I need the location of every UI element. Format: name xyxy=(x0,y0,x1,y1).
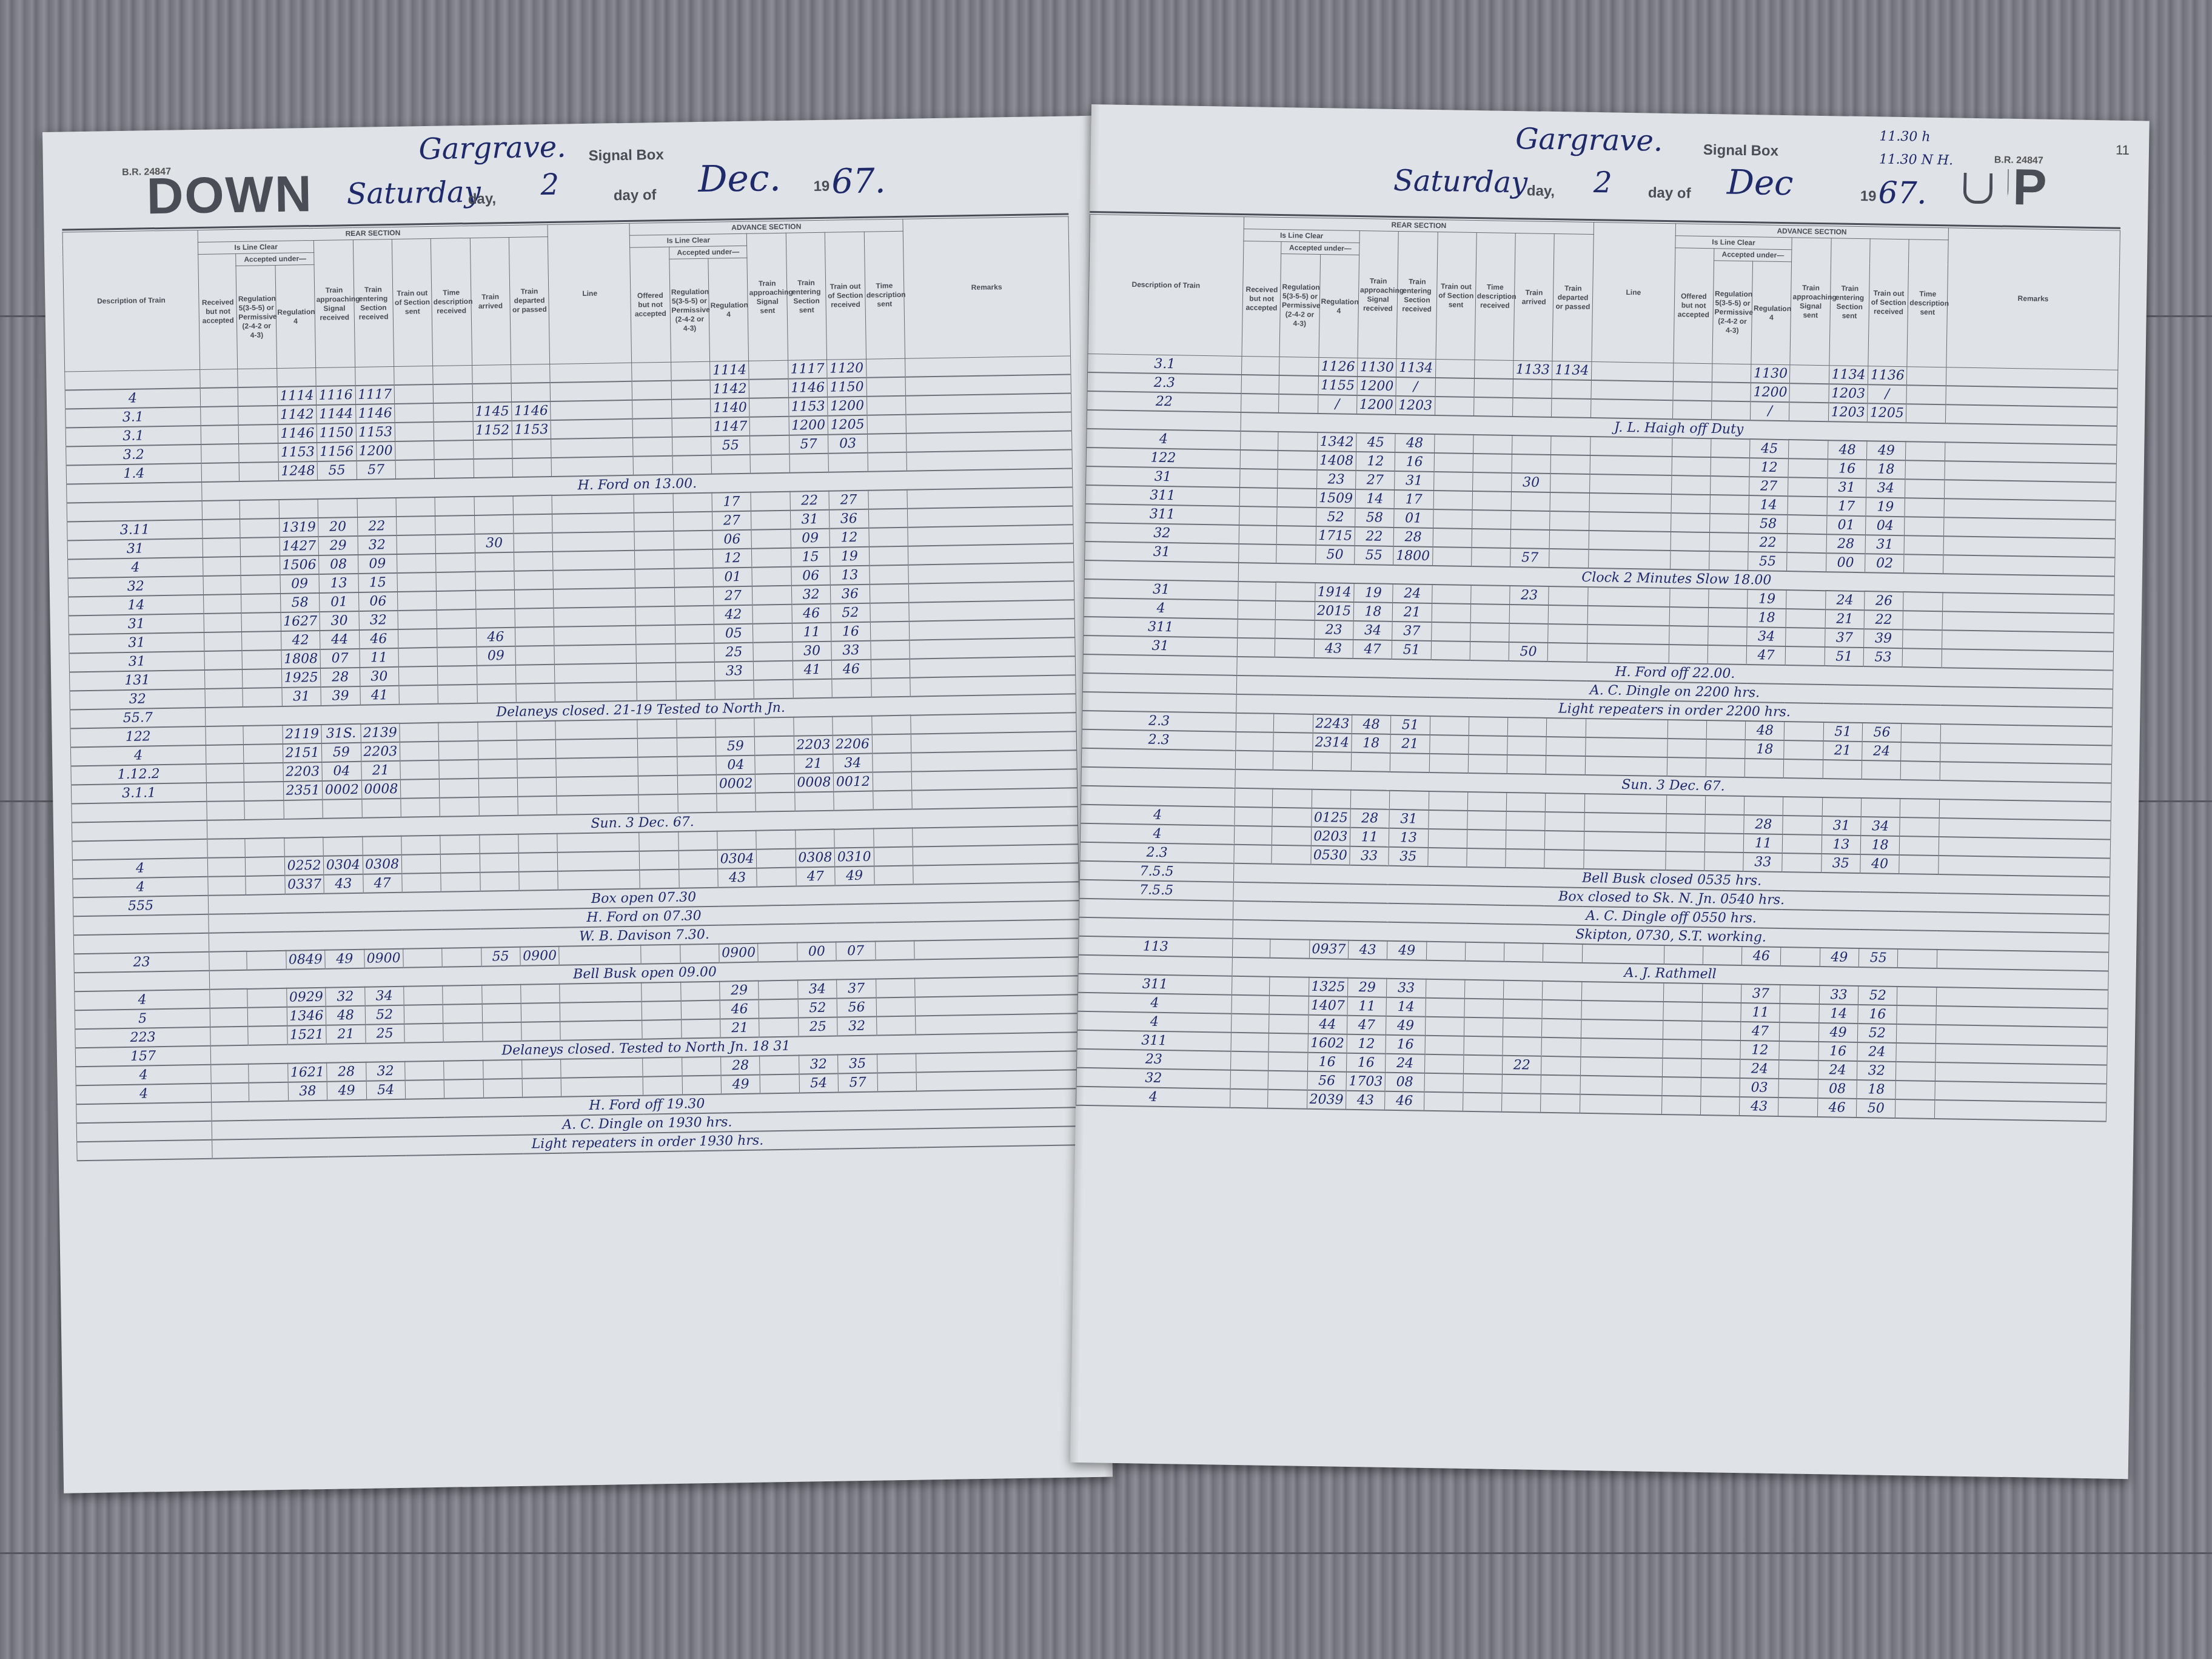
day-number: 2 xyxy=(1594,166,1612,199)
advance-entering-cell: 49 xyxy=(1820,948,1859,967)
train-out-cell xyxy=(1433,528,1472,548)
advance-out-cell: 37 xyxy=(837,979,876,999)
remarks-cell xyxy=(1942,630,2114,651)
advance-approaching-cell xyxy=(1788,534,1827,553)
advance-time-description-cell xyxy=(870,622,910,641)
line-cell xyxy=(1588,549,1670,569)
train-out-cell xyxy=(1428,829,1467,848)
received-not-accepted-cell xyxy=(1231,1033,1269,1052)
line-cell xyxy=(1582,944,1664,964)
regulation-4-cell: 0530 xyxy=(1310,846,1350,865)
train-approaching-cell: 45 xyxy=(1356,433,1395,452)
advance-regulation-5-cell xyxy=(682,1057,721,1076)
train-out-cell xyxy=(1433,509,1472,529)
train-entering-cell: 30 xyxy=(360,667,399,686)
advance-regulation-4-cell: 28 xyxy=(1744,815,1783,834)
train-departed-cell: 1134 xyxy=(1552,361,1592,380)
advance-entering-cell: 33 xyxy=(1819,985,1858,1005)
train-approaching-cell: 13 xyxy=(319,574,358,593)
offered-not-accepted-cell xyxy=(1667,739,1706,758)
advance-out-cell: 0012 xyxy=(833,773,873,792)
received-not-accepted-cell xyxy=(207,801,245,820)
line-cell xyxy=(550,363,632,383)
line-cell xyxy=(1589,512,1671,532)
col-train-out-sent: Train out of Section sent xyxy=(392,238,433,366)
col-train-approaching-sent: Train approaching Signal sent xyxy=(1790,238,1831,366)
regulation-5-cell xyxy=(1275,638,1315,658)
train-departed-cell xyxy=(514,571,554,590)
train-departed-cell xyxy=(515,608,554,628)
remarks-cell xyxy=(916,1051,1082,1072)
remarks-cell xyxy=(905,393,1071,414)
train-arrived-cell xyxy=(476,609,515,628)
train-entering-cell: 24 xyxy=(1393,584,1432,603)
line-cell xyxy=(1584,831,1666,851)
remarks-cell xyxy=(905,374,1071,395)
line-cell xyxy=(556,739,638,759)
advance-approaching-cell xyxy=(1790,365,1829,384)
advance-regulation-4-cell: 33 xyxy=(714,662,754,681)
col-received-not-accepted: Received but not accepted xyxy=(198,254,238,370)
description-cell: 311 xyxy=(1084,617,1238,638)
regulation-5-cell xyxy=(1276,526,1316,545)
time-description-cell xyxy=(435,497,474,516)
train-out-cell xyxy=(1435,397,1474,416)
offered-not-accepted-cell xyxy=(634,494,673,513)
description-cell xyxy=(1082,692,1237,713)
line-cell xyxy=(1587,587,1669,607)
description-cell xyxy=(1081,767,1236,788)
advance-out-cell: 22 xyxy=(1864,610,1903,629)
description-cell xyxy=(65,369,201,390)
regulation-5-cell xyxy=(239,443,278,463)
received-not-accepted-cell xyxy=(1239,488,1278,507)
description-cell xyxy=(76,1102,212,1124)
advance-out-cell xyxy=(834,791,873,811)
regulation-4-cell: 23 xyxy=(1316,470,1356,489)
advance-regulation-5-cell xyxy=(1701,1059,1740,1078)
description-cell: 4 xyxy=(65,388,201,409)
description-cell: 4 xyxy=(1081,805,1235,826)
train-departed-cell xyxy=(521,1022,561,1041)
train-register-table: Description of Train REAR SECTION Line A… xyxy=(62,216,1084,1161)
advance-entering-cell: 51 xyxy=(1823,722,1863,742)
train-departed-cell xyxy=(518,853,558,872)
advance-time-description-cell xyxy=(868,528,908,547)
advance-regulation-4-cell: 1140 xyxy=(711,398,750,418)
description-cell xyxy=(1082,673,1237,694)
time-description-cell xyxy=(1464,980,1504,999)
description-cell: 4 xyxy=(72,858,208,879)
advance-regulation-4-cell: 43 xyxy=(1740,1097,1779,1116)
train-departed-cell xyxy=(515,665,555,684)
train-entering-cell: 1117 xyxy=(355,385,395,404)
regulation-5-cell xyxy=(1276,582,1315,602)
train-approaching-cell xyxy=(1351,752,1390,772)
time-description-cell xyxy=(437,647,477,666)
day-of-label: day of xyxy=(1648,184,1691,202)
advance-approaching-cell xyxy=(1780,1022,1819,1042)
advance-time-description-cell xyxy=(875,941,914,960)
train-approaching-cell: 01 xyxy=(320,592,359,612)
train-out-cell xyxy=(398,648,438,667)
advance-approaching-cell xyxy=(1788,477,1828,497)
received-not-accepted-cell xyxy=(1239,506,1278,526)
offered-not-accepted-cell xyxy=(1666,795,1706,814)
train-out-cell xyxy=(1424,1054,1464,1074)
offered-not-accepted-cell xyxy=(1663,1021,1702,1040)
advance-time-description-cell xyxy=(866,377,906,397)
advance-out-cell xyxy=(828,453,868,472)
train-departed-cell xyxy=(515,627,554,646)
time-description-cell xyxy=(440,779,479,798)
description-cell: 311 xyxy=(1085,485,1240,506)
received-not-accepted-cell xyxy=(1239,544,1277,563)
line-cell xyxy=(551,419,632,439)
line-cell xyxy=(1591,380,1673,400)
train-approaching-cell: 04 xyxy=(322,762,361,781)
train-arrived-cell xyxy=(1513,379,1552,398)
advance-out-cell: 57 xyxy=(838,1073,877,1093)
regulation-4-cell: 1427 xyxy=(280,537,319,556)
train-out-cell xyxy=(1434,453,1473,472)
line-cell xyxy=(1587,625,1669,645)
received-not-accepted-cell xyxy=(1235,788,1273,808)
direction-title: UUP xyxy=(1963,157,2048,217)
advance-regulation-4-cell: 48 xyxy=(1745,721,1785,740)
col-regulation-5: Regulation 5(3-5-5) or Permissive (2-4-2… xyxy=(1279,253,1320,357)
advance-regulation-5-cell xyxy=(681,1000,720,1020)
col-train-entering-sent: Train entering Section sent xyxy=(786,232,827,360)
remarks-cell xyxy=(1939,837,2111,858)
advance-approaching-cell xyxy=(756,793,795,812)
regulation-4-cell: 1155 xyxy=(1318,376,1358,395)
description-cell: 4 xyxy=(1078,1011,1232,1033)
advance-entering-cell: 1117 xyxy=(788,360,827,379)
advance-regulation-5-cell xyxy=(677,775,717,794)
train-approaching-cell: 11 xyxy=(1350,828,1389,847)
train-approaching-cell: 29 xyxy=(318,536,358,555)
train-out-cell xyxy=(1431,641,1470,660)
train-approaching-cell xyxy=(1350,790,1390,809)
line-cell xyxy=(1580,1094,1661,1114)
train-entering-cell: 46 xyxy=(1385,1091,1424,1111)
received-not-accepted-cell xyxy=(200,369,238,387)
time-description-cell xyxy=(443,1004,482,1024)
time-description-cell xyxy=(1467,848,1506,868)
train-arrived-cell xyxy=(482,1022,521,1042)
regulation-4-cell: 1319 xyxy=(279,518,318,537)
received-not-accepted-cell xyxy=(1241,394,1279,413)
description-cell: 31 xyxy=(1086,466,1241,488)
advance-out-cell: 32 xyxy=(837,1017,877,1036)
offered-not-accepted-cell xyxy=(1669,626,1708,645)
day-of-label: day of xyxy=(614,187,657,204)
train-departed-cell xyxy=(1549,530,1589,549)
advance-approaching-cell xyxy=(750,454,789,474)
time-description-cell xyxy=(1467,811,1507,830)
train-departed-cell xyxy=(1552,398,1591,418)
train-out-cell xyxy=(1424,1036,1464,1055)
remarks-cell xyxy=(905,356,1071,377)
advance-approaching-cell xyxy=(760,1074,800,1094)
train-approaching-cell: 39 xyxy=(321,686,360,706)
time-description-cell xyxy=(436,572,475,591)
advance-approaching-cell xyxy=(1789,440,1828,459)
advance-out-cell: 13 xyxy=(830,566,870,585)
advance-time-description-cell xyxy=(867,434,907,453)
advance-out-cell: 1200 xyxy=(828,397,867,416)
description-cell: 131 xyxy=(69,670,205,691)
advance-entering-cell: 49 xyxy=(1818,1023,1858,1042)
time-description-cell xyxy=(1468,754,1507,774)
advance-regulation-5-cell xyxy=(1700,1096,1740,1116)
train-entering-cell: 22 xyxy=(357,517,397,536)
regulation-5-cell xyxy=(244,763,283,782)
advance-time-description-cell xyxy=(872,734,911,754)
offered-not-accepted-cell xyxy=(1662,1058,1701,1078)
train-approaching-cell: 21 xyxy=(326,1025,366,1044)
description-cell: 55.7 xyxy=(70,708,206,729)
train-out-cell xyxy=(1432,547,1472,566)
train-arrived-cell xyxy=(475,571,515,591)
advance-regulation-4-cell: 28 xyxy=(721,1056,760,1076)
col-train-out-received: Train out of Section received xyxy=(825,232,866,360)
advance-regulation-5-cell xyxy=(677,756,717,776)
description-cell: 3.1 xyxy=(65,426,201,447)
advance-regulation-5-cell xyxy=(672,455,712,475)
train-entering-cell: 1153 xyxy=(356,423,395,442)
received-not-accepted-cell xyxy=(1241,375,1279,394)
time-description-cell xyxy=(1474,378,1513,398)
advance-entering-cell xyxy=(1823,760,1862,779)
regulation-4-cell: 50 xyxy=(1315,545,1355,565)
advance-regulation-4-cell: 43 xyxy=(718,868,757,888)
advance-entering-cell xyxy=(793,679,833,699)
train-out-cell xyxy=(1427,848,1467,867)
advance-regulation-5-cell xyxy=(672,418,711,437)
advance-regulation-5-cell xyxy=(679,850,718,870)
received-not-accepted-cell xyxy=(210,1008,248,1027)
train-entering-cell: 52 xyxy=(365,1005,404,1025)
train-out-cell xyxy=(397,591,437,611)
col-train-out-sent: Train out of Section sent xyxy=(1435,232,1476,360)
description-cell: 22 xyxy=(1087,391,1242,412)
advance-time-description-cell xyxy=(1904,554,1943,574)
train-arrived-cell xyxy=(475,552,514,572)
advance-entering-cell: 00 xyxy=(797,942,836,962)
regulation-4-cell: 42 xyxy=(281,631,320,650)
train-arrived-cell xyxy=(1507,755,1546,774)
advance-out-cell: 34 xyxy=(1866,478,1906,498)
advance-time-description-cell xyxy=(1895,1081,1935,1100)
train-approaching-cell: 44 xyxy=(320,630,360,649)
train-departed-cell xyxy=(512,458,552,477)
description-cell: 4 xyxy=(1078,993,1232,1014)
offered-not-accepted-cell xyxy=(1663,1002,1702,1021)
train-out-cell xyxy=(397,535,436,554)
regulation-4-cell: 0203 xyxy=(1311,827,1350,846)
train-departed-cell xyxy=(1551,436,1590,455)
advance-approaching-cell xyxy=(1780,985,1820,1004)
advance-regulation-5-cell xyxy=(671,380,711,400)
offered-not-accepted-cell xyxy=(638,757,677,776)
advance-regulation-5-cell xyxy=(1709,551,1748,571)
regulation-5-cell xyxy=(1272,826,1312,846)
received-not-accepted-cell xyxy=(1238,600,1276,620)
advance-time-description-cell xyxy=(1896,1043,1935,1062)
advance-regulation-5-cell xyxy=(679,869,718,888)
train-approaching-cell: 34 xyxy=(1353,621,1393,640)
offered-not-accepted-cell xyxy=(635,606,675,626)
offered-not-accepted-cell xyxy=(635,550,674,569)
train-arrived-cell xyxy=(1507,736,1547,756)
line-cell xyxy=(1584,794,1666,814)
train-departed-cell xyxy=(511,364,551,383)
offered-not-accepted-cell xyxy=(634,531,674,551)
train-out-cell xyxy=(401,854,441,874)
train-out-cell xyxy=(398,629,437,648)
offered-not-accepted-cell xyxy=(632,381,671,400)
advance-regulation-5-cell xyxy=(1712,364,1751,383)
advance-time-description-cell xyxy=(1904,535,1943,555)
line-cell xyxy=(555,682,637,702)
time-description-cell xyxy=(436,553,475,572)
regulation-4-cell: 2119 xyxy=(283,725,322,744)
corner-note: 11.30 h xyxy=(1879,129,1931,144)
advance-time-description-cell xyxy=(867,415,907,434)
col-train-entering-received: Train entering Section received xyxy=(1396,231,1438,359)
time-description-cell xyxy=(1470,585,1510,605)
offered-not-accepted-cell xyxy=(1670,551,1709,570)
offered-not-accepted-cell xyxy=(1664,945,1703,965)
train-approaching-cell: 0304 xyxy=(323,856,363,875)
advance-time-description-cell xyxy=(1900,799,1940,818)
train-entering-cell xyxy=(361,799,401,818)
train-approaching-cell: 07 xyxy=(320,649,360,668)
time-description-cell xyxy=(1470,642,1509,661)
received-not-accepted-cell xyxy=(1234,826,1272,845)
advance-approaching-cell xyxy=(1786,590,1826,609)
advance-time-description-cell xyxy=(1905,479,1945,498)
remarks-cell xyxy=(1940,743,2112,764)
advance-regulation-4-cell: 29 xyxy=(720,981,759,1000)
advance-out-cell: 36 xyxy=(831,585,870,604)
regulation-5-cell xyxy=(238,387,278,406)
train-arrived-cell xyxy=(479,834,518,854)
train-departed-cell xyxy=(1549,605,1588,625)
train-entering-cell: 13 xyxy=(1389,828,1429,848)
advance-out-cell: 56 xyxy=(1862,723,1902,742)
col-offered-not-accepted: Offered but not accepted xyxy=(1674,248,1714,364)
advance-out-cell: 19 xyxy=(830,547,870,566)
train-entering-cell: 14 xyxy=(1386,997,1426,1017)
day-name: Saturday xyxy=(1393,164,1528,199)
train-entering-cell: 16 xyxy=(1395,452,1434,472)
description-cell xyxy=(76,1121,212,1142)
regulation-5-cell xyxy=(1272,808,1312,827)
offered-not-accepted-cell xyxy=(1667,757,1706,777)
regulation-4-cell: 31 xyxy=(282,687,321,706)
regulation-5-cell xyxy=(1277,507,1316,526)
advance-regulation-5-cell xyxy=(1708,608,1748,627)
advance-time-description-cell xyxy=(1902,648,1942,668)
train-out-cell xyxy=(1431,622,1470,642)
advance-approaching-cell xyxy=(750,435,789,455)
col-train-departed: Train departed or passed xyxy=(509,236,550,364)
advance-entering-cell: 2203 xyxy=(794,736,833,755)
train-approaching-cell: 33 xyxy=(1350,846,1389,866)
offered-not-accepted-cell xyxy=(1671,513,1710,532)
time-description-cell xyxy=(1470,623,1509,642)
regulation-4-cell: 16 xyxy=(1307,1053,1347,1072)
advance-approaching-cell xyxy=(1783,816,1822,835)
train-entering-cell: 32 xyxy=(366,1062,405,1081)
regulation-5-cell xyxy=(241,537,280,557)
remarks-cell xyxy=(1943,517,2116,538)
train-out-cell xyxy=(395,441,434,460)
train-arrived-cell xyxy=(1503,1037,1542,1056)
offered-not-accepted-cell xyxy=(1666,833,1705,852)
advance-entering-cell xyxy=(794,717,833,736)
remarks-cell xyxy=(915,976,1081,997)
train-approaching-cell: 28 xyxy=(327,1062,366,1082)
advance-time-description-cell xyxy=(874,847,913,866)
train-arrived-cell: 23 xyxy=(1510,586,1549,605)
advance-time-description-cell xyxy=(1897,987,1937,1006)
regulation-5-cell xyxy=(248,1026,287,1045)
advance-out-cell: 1205 xyxy=(1868,403,1907,423)
train-entering-cell: 46 xyxy=(359,629,398,649)
description-cell: 32 xyxy=(70,689,206,710)
line-cell xyxy=(1584,813,1666,833)
line-cell xyxy=(561,1058,643,1078)
advance-entering-cell: 54 xyxy=(799,1074,839,1093)
description-cell: 3.1 xyxy=(65,407,201,428)
train-approaching-cell: 12 xyxy=(1347,1034,1386,1054)
line-cell xyxy=(552,513,634,533)
remarks-cell xyxy=(1940,762,2112,783)
received-not-accepted-cell xyxy=(204,594,242,614)
advance-regulation-4-cell: 55 xyxy=(711,436,751,455)
train-arrived-cell xyxy=(1506,811,1546,831)
advance-regulation-5-cell xyxy=(675,643,715,663)
line-cell xyxy=(555,663,637,683)
received-not-accepted-cell xyxy=(1230,1089,1269,1108)
advance-regulation-5-cell xyxy=(1701,1021,1741,1041)
offered-not-accepted-cell xyxy=(642,982,681,1002)
train-approaching-cell: 29 xyxy=(1347,978,1387,997)
remarks-cell xyxy=(916,1070,1082,1091)
regulation-5-cell xyxy=(1278,451,1317,470)
advance-out-cell: 34 xyxy=(833,754,873,773)
day-label: day, xyxy=(1527,183,1555,200)
advance-time-description-cell xyxy=(1897,1005,1936,1025)
regulation-4-cell: 1248 xyxy=(278,461,318,481)
offered-not-accepted-cell xyxy=(636,644,675,663)
train-out-cell xyxy=(394,366,434,385)
description-cell xyxy=(74,971,210,992)
regulation-4-cell xyxy=(276,367,316,387)
train-arrived-cell: 50 xyxy=(1509,642,1548,662)
description-cell xyxy=(1078,955,1233,976)
advance-out-cell: 16 xyxy=(831,622,871,642)
advance-entering-cell: 52 xyxy=(798,999,837,1018)
advance-approaching-cell xyxy=(753,642,793,662)
time-description-cell xyxy=(434,421,473,441)
train-entering-cell: 48 xyxy=(1395,434,1435,453)
offered-not-accepted-cell xyxy=(1671,494,1711,514)
